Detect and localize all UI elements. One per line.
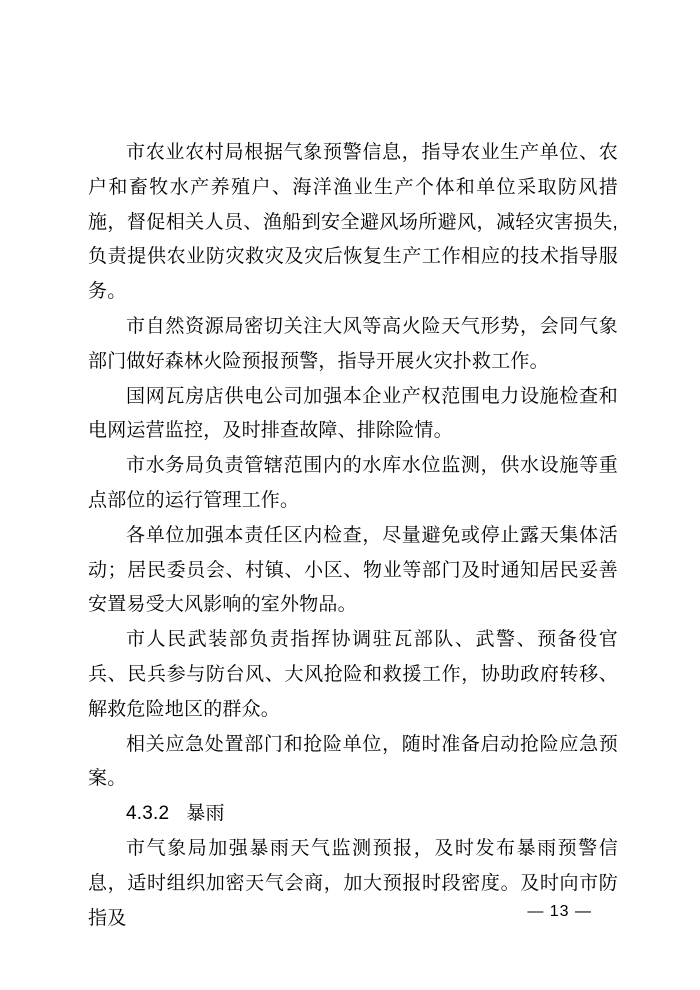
paragraph-emergency-units: 相关应急处置部门和抢险单位，随时准备启动抢险应急预案。 bbox=[88, 728, 618, 798]
page-number: — 13 — bbox=[527, 902, 592, 922]
paragraph-natural-resources-bureau: 市自然资源局密切关注大风等高火险天气形势，会同气象部门做好森林火险预报预警，指导… bbox=[88, 310, 618, 380]
section-number: 4.3.2 bbox=[126, 803, 169, 824]
paragraph-military-department: 市人民武装部负责指挥协调驻瓦部队、武警、预备役官兵、民兵参与防台风、大风抢险和救… bbox=[88, 623, 618, 727]
paragraph-unit-inspections: 各单位加强本责任区内检查，尽量避免或停止露天集体活动；居民委员会、村镇、小区、物… bbox=[88, 519, 618, 623]
section-title: 暴雨 bbox=[186, 803, 224, 824]
document-body: 市农业农村局根据气象预警信息，指导农业生产单位、农户和畜牧水产养殖户、海洋渔业生… bbox=[88, 136, 618, 936]
section-heading-rainstorm: 4.3.2暴雨 bbox=[88, 797, 618, 832]
paragraph-water-affairs-bureau: 市水务局负责管辖范围内的水库水位监测，供水设施等重点部位的运行管理工作。 bbox=[88, 449, 618, 519]
paragraph-agriculture-bureau: 市农业农村局根据气象预警信息，指导农业生产单位、农户和畜牧水产养殖户、海洋渔业生… bbox=[88, 136, 618, 310]
document-page: 市农业农村局根据气象预警信息，指导农业生产单位、农户和畜牧水产养殖户、海洋渔业生… bbox=[0, 0, 700, 990]
paragraph-power-supply-company: 国网瓦房店供电公司加强本企业产权范围电力设施检查和电网运营监控，及时排查故障、排… bbox=[88, 380, 618, 450]
